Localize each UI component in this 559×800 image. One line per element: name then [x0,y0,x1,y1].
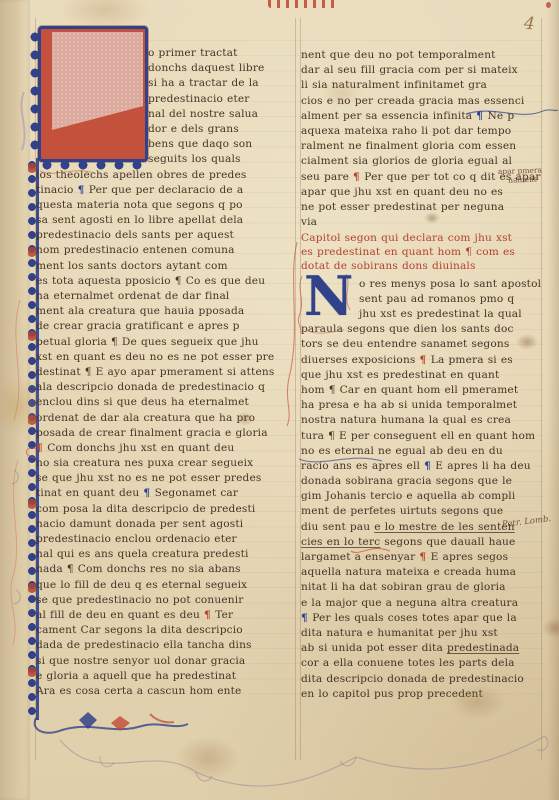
text-line: li sia naturalment infinitamet gra [301,78,544,93]
text-line: tinacio ¶ Per que per declaracio de a [36,183,295,198]
text-line: que lo fill de deu q es eternal segueix [36,578,295,593]
text-line: nitat li ha dat sobiran grau de gloria [301,580,544,595]
text-line: se que predestinacio no pot conuenir [36,593,295,608]
text-line: ment ala creatura que hauia pposada [36,304,295,319]
text-line: cios e no per creada gracia mas essenci [301,94,544,109]
text-line: al fill de deu en quant es deu ¶ Ter [36,608,295,623]
text-line: tura ¶ E per conseguent ell en quant hom [301,429,544,444]
text-line: o primer tractat [36,46,295,61]
text-line: enclou dins si que deus ha eternalmet [36,395,295,410]
text-line: en lo capitol pus prop precedent [301,687,544,702]
text-line: se que jhu xst no es ne pot esser predes [36,471,295,486]
text-line: diuerses exposicions ¶ La pmera si es [301,353,544,368]
text-line: es predestinat en quant hom ¶ com es [301,246,544,260]
text-line: nom predestinacio entenen comuna [36,243,295,258]
text-line: hom ¶ Car en quant hom ell pmeramet [301,383,544,398]
text-line: predestinacio eter [36,92,295,107]
text-line: es tota aquesta pposicio ¶ Co es que deu [36,274,295,289]
text-line: com posa la dita descripcio de predesti [36,502,295,517]
text-line: dor e dels grans [36,122,295,137]
text-line: Capitol segon qui declara com jhu xst [301,232,544,246]
text-line: dita natura e humanitat per jhu xst [301,626,544,641]
text-line: cor a ella conuene totes les parts dela [301,656,544,671]
text-line: nada ¶ Com donchs res no sia abans [36,562,295,577]
text-line: ne pot esser predestinat per neguna [301,200,544,215]
text-line: ala descripcio donada de predestinacio q [36,380,295,395]
column-left-full-lines: los theolechs apellen obres de predestin… [36,168,295,700]
text-line: donchs daquest libre [36,61,295,76]
stain [176,736,240,780]
text-line: aquexa mateixa raho li pot dar tempo [301,124,544,139]
column-left-indented-lines: o primer tractatdonchs daquest libresi h… [36,46,295,168]
text-line: ¶ Com donchs jhu xst en quant deu [36,441,295,456]
text-line: tors se deu entendre sanamet segons [301,337,544,352]
text-line: ¶ Per les quals coses totes apar que la [301,611,544,626]
text-line: si que nostre senyor uol donar gracia [36,654,295,669]
text-line: apar que jhu xst en quant deu no es [301,185,544,200]
initial-letter: N [304,266,353,326]
text-line: dada de predestinacio ella tancha dins [36,638,295,653]
text-line: e gloria a aquell que ha predestinat [36,669,295,684]
text-line: xst en quant es deu no es ne pot esser p… [36,350,295,365]
manuscript-page: 4 L o primer tractatdonchs daquest libre… [0,0,559,800]
text-line: nostra natura humana la qual es crea [301,413,544,428]
text-line: los theolechs apellen obres de predes [36,168,295,183]
text-line: ha presa e ha ab si unida temporalmet [301,398,544,413]
text-line: ment los sants doctors aytant com [36,259,295,274]
text-line: nacio damunt donada per sent agosti [36,517,295,532]
text-line: questa materia nota que segons q po [36,198,295,213]
text-line: dar al seu fill gracia com per si mateix [301,63,544,78]
text-line: ha eternalmet ordenat de dar final [36,289,295,304]
text-line: alment per sa essencia infinita ¶ Ne p [301,109,544,124]
text-line: ment de perfetes uirtuts segons que [301,504,544,519]
text-line: de crear gracia gratificant e apres p [36,319,295,334]
frame-line [295,18,296,760]
text-line: no es eternal ne egual ab deu en du [301,444,544,459]
page-edge-left [0,0,30,800]
text-line: aquella natura mateixa e creada huma [301,565,544,580]
text-line: sa sent agosti en lo libre apellat dela [36,213,295,228]
text-line: racio ans es apres ell ¶ E apres li ha d… [301,459,544,474]
text-line: destinat ¶ E ayo apar pmerament si atten… [36,365,295,380]
text-line: no sia creatura nes puxa crear segueix [36,456,295,471]
trimmed-running-title [268,0,338,8]
text-line: ordenat de dar ala creatura que ha pro [36,411,295,426]
text-line: e la major que a neguna altra creatura [301,596,544,611]
left-border-scallops [28,158,36,720]
text-line: seguits los quals [36,152,295,167]
text-line: petual gloria ¶ De ques segueix que jhu [36,335,295,350]
text-line: Ara es cosa certa a cascun hom ente [36,684,295,699]
text-line: ab si unida pot esser dita predestinada [301,641,544,656]
text-line: largamet a ensenyar ¶ E apres segos [301,550,544,565]
text-line: predestinacio enclou ordenacio eter [36,532,295,547]
text-line: gim Johanis tercio e aquella ab compli [301,489,544,504]
text-line: via [301,215,544,230]
text-line: nal qui es ans quela creatura predesti [36,547,295,562]
marginal-note-apar: apar pmera nament [498,165,559,185]
text-line: posada de crear finalment gracia e glori… [36,426,295,441]
text-line: ralment ne finalment gloria com essen [301,139,544,154]
text-line: nent que deu no pot temporalment [301,48,544,63]
text-line: cies en lo terc segons que dauall haue [301,535,544,550]
column-right: nent que deu no pot temporalmentdar al s… [301,48,544,702]
red-ink-dot [546,2,551,8]
text-line: predestinacio dels sants per aquest [36,228,295,243]
folio-number: 4 [523,14,535,35]
text-line: dita descripcio donada de predestinacio [301,672,544,687]
initial-N: N [296,270,354,334]
text-line: tinat en quant deu ¶ Segonamet car [36,486,295,501]
column-right-top-lines: nent que deu no pot temporalmentdar al s… [301,48,544,230]
text-line: nal del nostre salua [36,107,295,122]
text-line: cament Car segons la dita descripcio [36,623,295,638]
column-left: o primer tractatdonchs daquest libresi h… [36,46,295,699]
text-line: que jhu xst es predestinat en quant [301,368,544,383]
text-line: si ha a tractar de la [36,76,295,91]
page-edge-right [547,0,559,800]
column-right-full-lines: paraula segons que dien los sants doctor… [301,322,544,702]
text-line: donada sobirana gracia segons que le [301,474,544,489]
text-line: bens que daqo son [36,137,295,152]
